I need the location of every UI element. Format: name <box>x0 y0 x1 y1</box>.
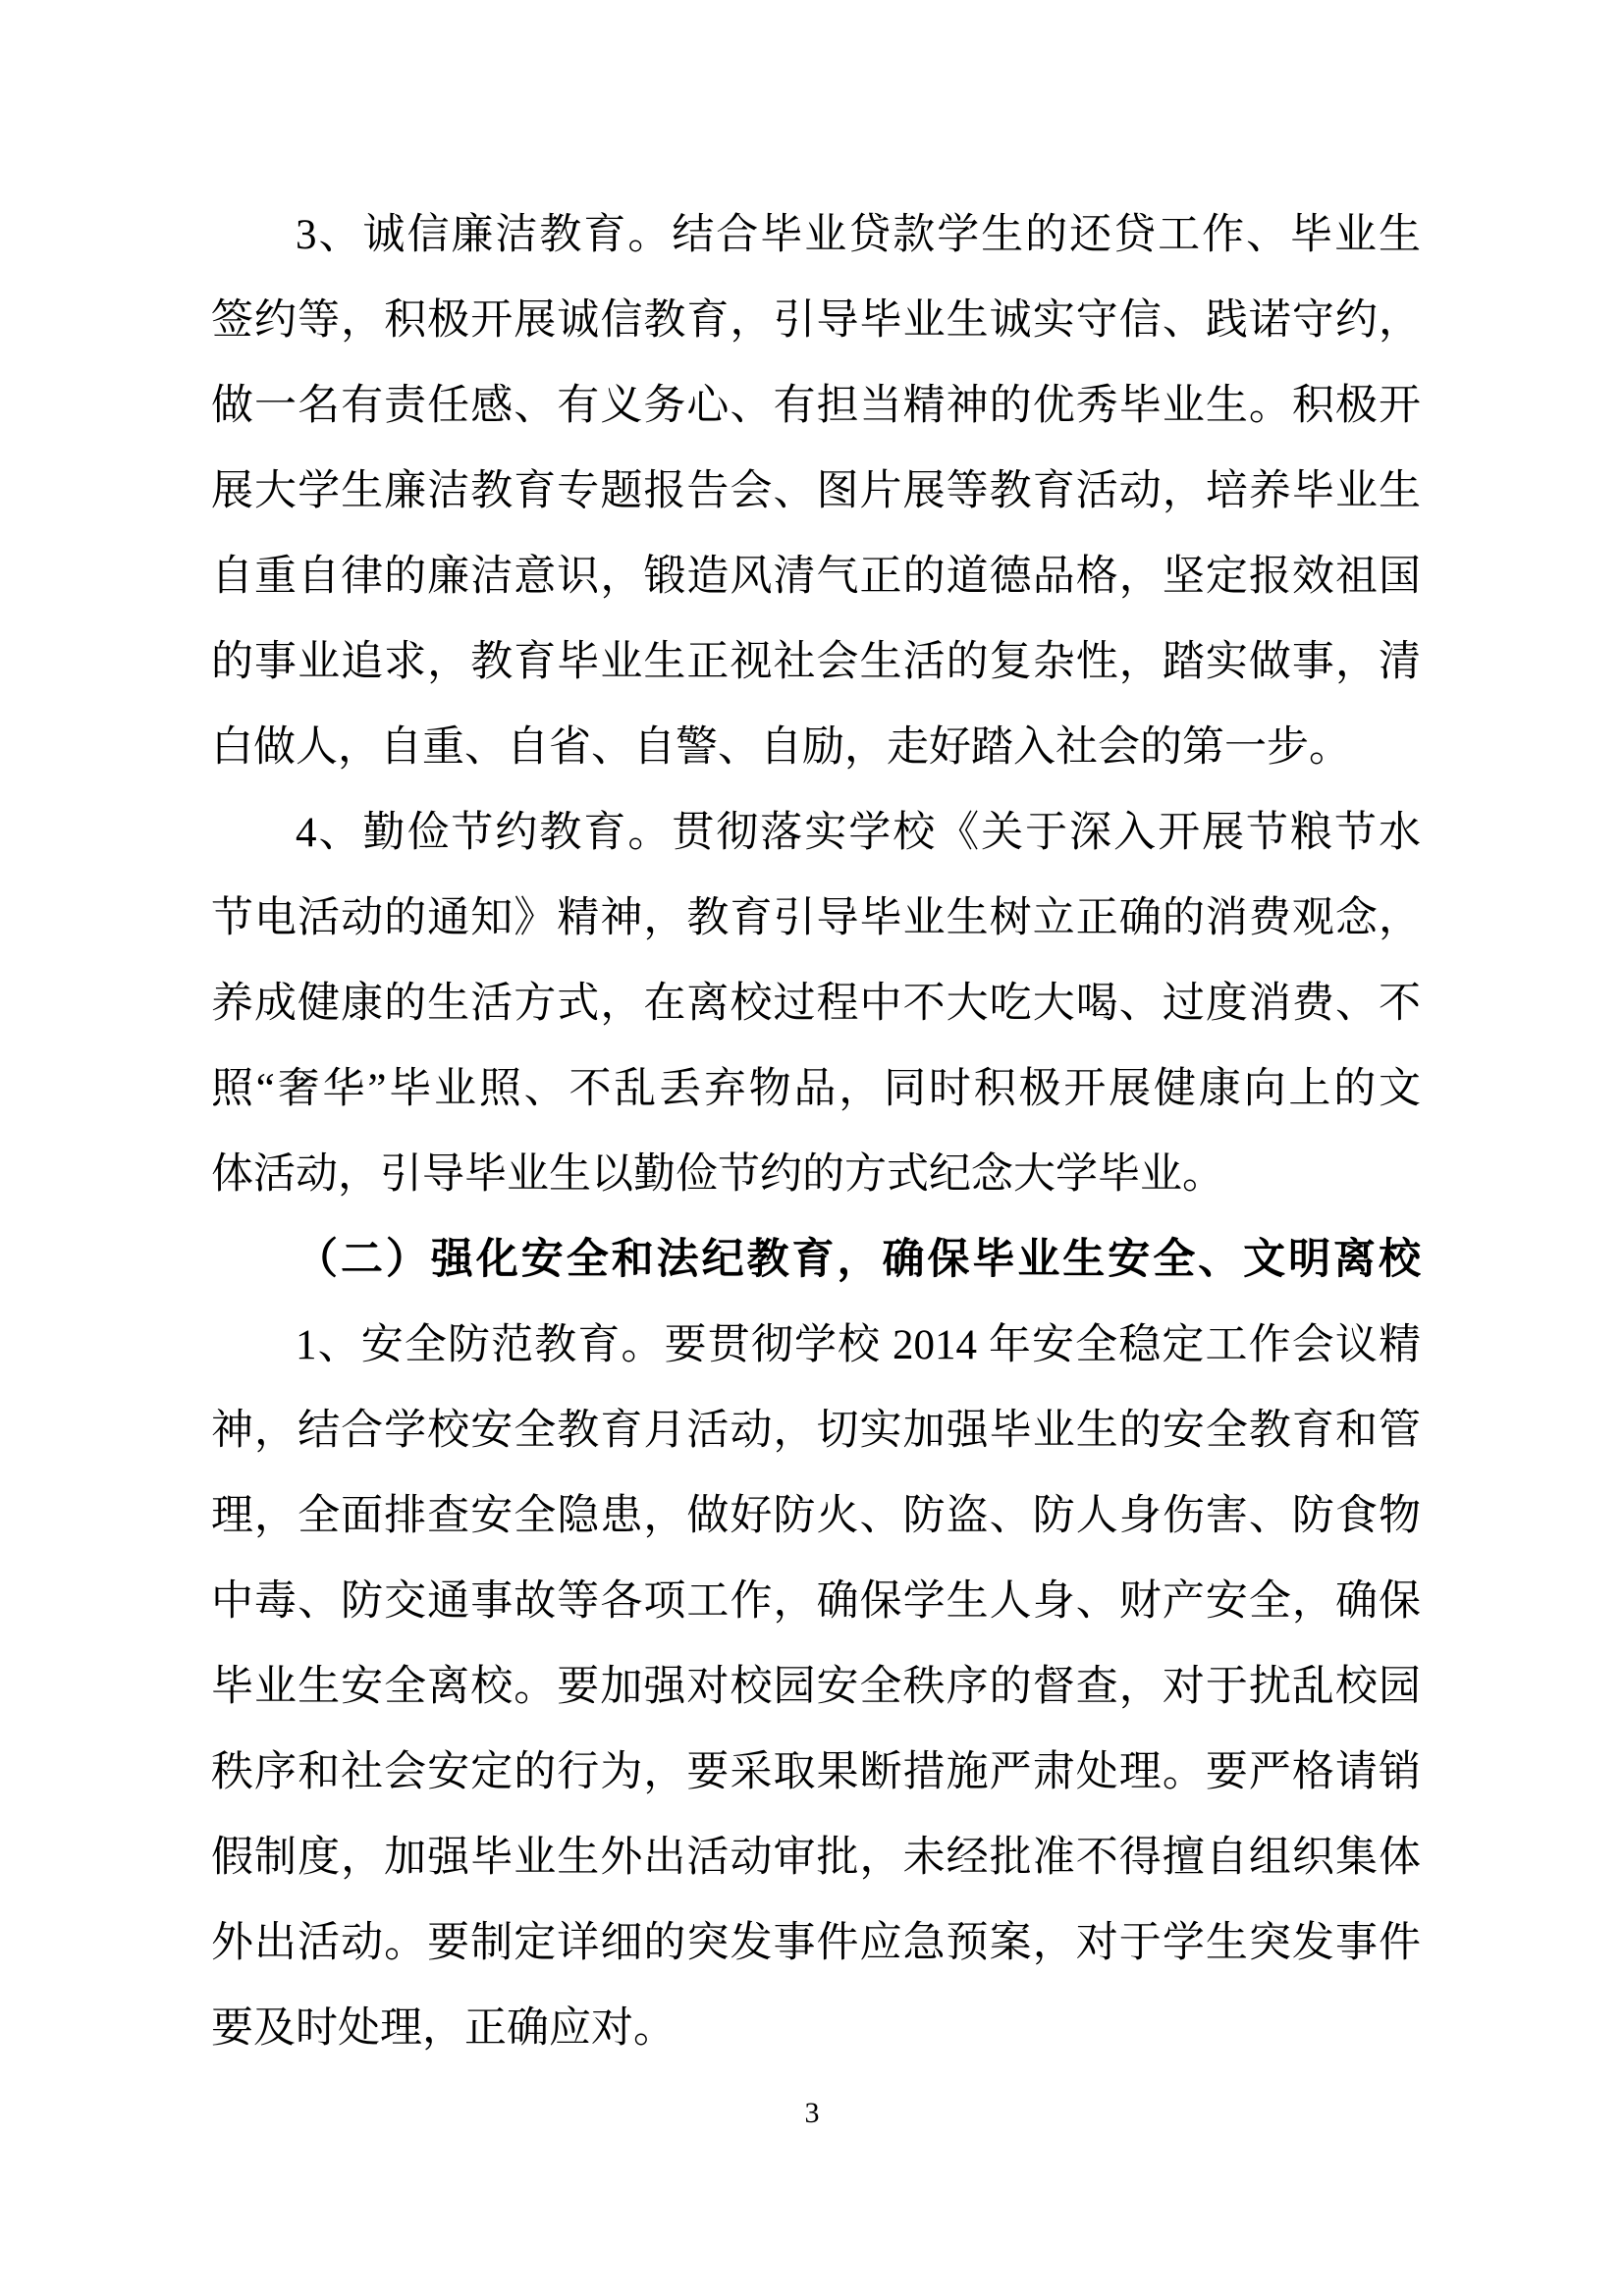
paragraph-3-line: 自重自律的廉洁意识，锻造风清气正的道德品格，坚定报效祖国 <box>211 534 1421 619</box>
paragraph-3-line: 白做人，自重、自省、自警、自励，走好踏入社会的第一步。 <box>211 705 1421 790</box>
paragraph-3-line: 展大学生廉洁教育专题报告会、图片展等教育活动，培养毕业生 <box>211 449 1421 534</box>
paragraph-3-line: 3、诚信廉洁教育。结合毕业贷款学生的还贷工作、毕业生 <box>211 192 1421 278</box>
paragraph-1-line: 假制度，加强毕业生外出活动审批，未经批准不得擅自组织集体 <box>211 1815 1421 1900</box>
paragraph-1-line: 1、安全防范教育。要贯彻学校 2014 年安全稳定工作会议精 <box>211 1303 1421 1388</box>
paragraph-4-line: 4、勤俭节约教育。贯彻落实学校《关于深入开展节粮节水 <box>211 790 1421 876</box>
paragraph-4-line: 体活动，引导毕业生以勤俭节约的方式纪念大学毕业。 <box>211 1132 1421 1217</box>
paragraph-1-line: 外出活动。要制定详细的突发事件应急预案，对于学生突发事件 <box>211 1900 1421 1986</box>
paragraph-4-line: 照“奢华”毕业照、不乱丢弃物品，同时积极开展健康向上的文 <box>211 1046 1421 1132</box>
paragraph-3-line: 签约等，积极开展诚信教育，引导毕业生诚实守信、践诺守约， <box>211 278 1421 363</box>
paragraph-3-line: 做一名有责任感、有义务心、有担当精神的优秀毕业生。积极开 <box>211 363 1421 449</box>
paragraph-1-line: 秩序和社会安定的行为，要采取果断措施严肃处理。要严格请销 <box>211 1730 1421 1815</box>
document-body: 3、诚信廉洁教育。结合毕业贷款学生的还贷工作、毕业生签约等，积极开展诚信教育，引… <box>211 192 1421 2071</box>
document-page: 3、诚信廉洁教育。结合毕业贷款学生的还贷工作、毕业生签约等，积极开展诚信教育，引… <box>0 0 1624 2296</box>
paragraph-3-line: 的事业追求，教育毕业生正视社会生活的复杂性，踏实做事，清 <box>211 619 1421 705</box>
page-number: 3 <box>0 2097 1624 2130</box>
paragraph-4-line: 养成健康的生活方式，在离校过程中不大吃大喝、过度消费、不 <box>211 961 1421 1046</box>
paragraph-1-line: 毕业生安全离校。要加强对校园安全秩序的督查，对于扰乱校园 <box>211 1644 1421 1730</box>
paragraph-1-line: 神，结合学校安全教育月活动，切实加强毕业生的安全教育和管 <box>211 1388 1421 1473</box>
paragraph-1-line: 要及时处理，正确应对。 <box>211 1986 1421 2071</box>
paragraph-1-line: 理，全面排查安全隐患，做好防火、防盗、防人身伤害、防食物 <box>211 1473 1421 1559</box>
section-heading: （二）强化安全和法纪教育，确保毕业生安全、文明离校 <box>211 1217 1421 1303</box>
paragraph-1-line: 中毒、防交通事故等各项工作，确保学生人身、财产安全，确保 <box>211 1559 1421 1644</box>
paragraph-4-line: 节电活动的通知》精神，教育引导毕业生树立正确的消费观念， <box>211 876 1421 961</box>
